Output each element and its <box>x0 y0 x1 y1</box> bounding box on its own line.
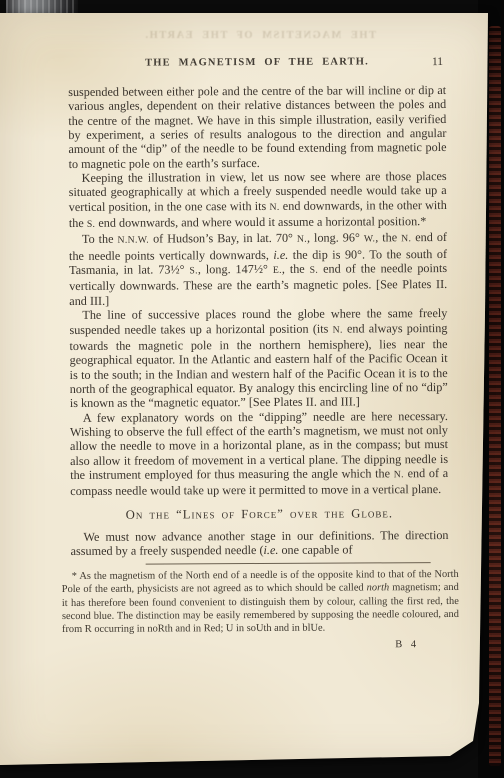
page-header: THE MAGNETISM OF THE EARTH. 11 <box>68 56 446 73</box>
text-block: THE MAGNETISM OF THE EARTH. 11 suspended… <box>68 56 449 652</box>
signature-mark: B 4 <box>71 639 419 652</box>
paragraph-5: A few explanatory words on the “dipping”… <box>70 409 448 499</box>
page-number: 11 <box>432 56 443 68</box>
paragraph-3: To the N.N.W. of Hudson’s Bay, in lat. 7… <box>69 230 447 308</box>
scanned-book-photo: THE MAGNETISM OF THE EARTH. THE MAGNETIS… <box>0 0 504 778</box>
footnote-rule <box>146 562 431 564</box>
book-page: THE MAGNETISM OF THE EARTH. THE MAGNETIS… <box>0 13 496 769</box>
page-wrapper: THE MAGNETISM OF THE EARTH. THE MAGNETIS… <box>0 0 504 778</box>
running-title: THE MAGNETISM OF THE EARTH. <box>68 56 446 69</box>
footnote: * As the magnetism of the North end of a… <box>62 568 459 636</box>
paragraph-4: The line of successive places round the … <box>69 306 448 410</box>
section-heading: On the “Lines of Force” over the Globe. <box>70 506 448 523</box>
paragraph-2: Keeping the illustration in view, let us… <box>69 169 447 232</box>
paragraph-1: suspended between either pole and the ce… <box>68 83 446 171</box>
show-through-text: THE MAGNETISM OF THE EARTH. <box>110 30 410 41</box>
paragraph-6: We must now advance another stage in our… <box>70 528 448 559</box>
